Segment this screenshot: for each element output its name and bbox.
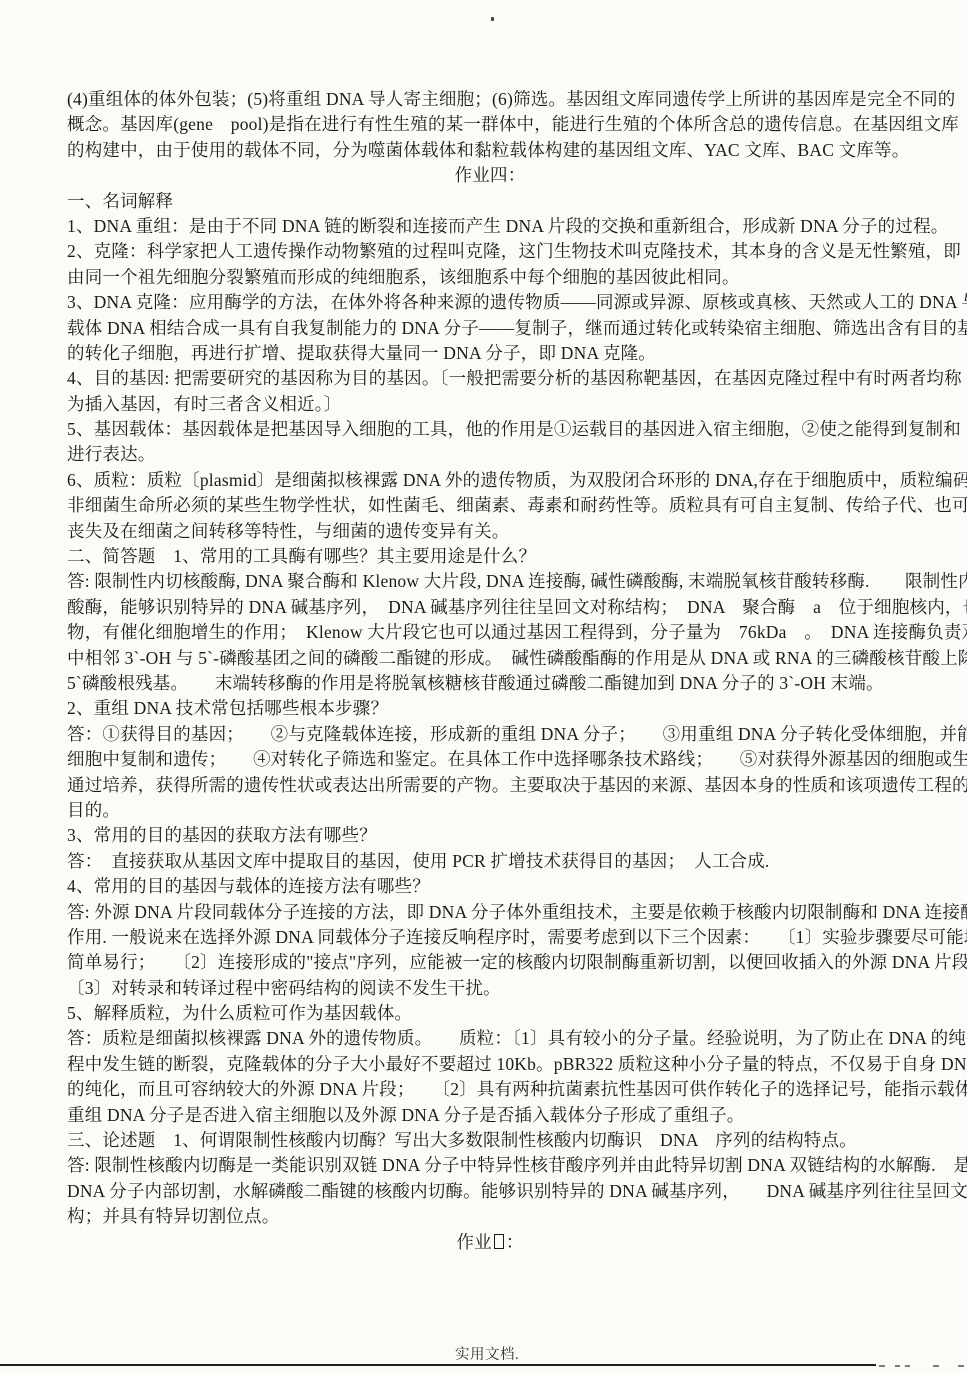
text-line: 3、DNA 克隆：应用酶学的方法，在体外将各种来源的遗传物质——同源或异源、原核… [67, 290, 967, 315]
text-line: 物，有催化细胞增生的作用； Klenow 大片段它也可以通过基因工程得到，分子量… [67, 620, 967, 645]
section-2-heading: 二、简答题 1、常用的工具酶有哪些？其主要用途是什么？ [67, 544, 967, 569]
text-line: 答：质粒是细菌拟核裸露 DNA 外的遗传物质。 质粒：〔1〕具有较小的分子量。经… [67, 1026, 967, 1051]
text-line: 的构建中，由于使用的载体不同，分为噬菌体载体和黏粒载体构建的基因组文库、YAC … [67, 138, 967, 163]
text-line: 1、DNA 重组：是由于不同 DNA 链的断裂和连接而产生 DNA 片段的交换和… [67, 214, 967, 239]
text-line: 构；并具有特异切割位点。 [67, 1204, 967, 1229]
document-body: (4)重组体的体外包装；(5)将重组 DNA 导人寄主细胞；(6)筛选。基因组文… [67, 87, 967, 1255]
text-line: DNA 分子内部切割，水解磷酸二酯键的核酸内切酶。能够识别特异的 DNA 碱基序… [67, 1179, 967, 1204]
section-3-heading: 三、论述题 1、何谓限制性核酸内切酶？写出大多数限制性核酸内切酶识 DNA 序列… [67, 1128, 967, 1153]
text-line: 丧失及在细菌之间转移等特性，与细菌的遗传变异有关。 [67, 519, 967, 544]
text-line: 答： 直接获取从基因文库中提取目的基因，使用 PCR 扩增技术获得目的基因； 人… [67, 849, 967, 874]
footer-rule-dash [895, 1365, 900, 1367]
text-line: 答: 限制性内切核酸酶, DNA 聚合酶和 Klenow 大片段, DNA 连接… [67, 569, 967, 594]
text-line: 目的。 [67, 798, 967, 823]
text-line: 5、解释质粒，为什么质粒可作为基因载体。 [67, 1001, 967, 1026]
footer-rule [0, 1364, 876, 1366]
text-line: 载体 DNA 相结合成一具有自我复制能力的 DNA 分子——复制子，继而通过转化… [67, 316, 967, 341]
text-line: 概念。基因库(gene pool)是指在进行有性生殖的某一群体中，能进行生殖的个… [67, 112, 967, 137]
footer-rule-dash [933, 1365, 939, 1367]
text-line: 细胞中复制和遗传； ④对转化子筛选和鉴定。在具体工作中选择哪条技术路线； ⑤对获… [67, 747, 967, 772]
stray-mark [491, 17, 494, 21]
text-line: 非细菌生命所必须的某些生物学性状，如性菌毛、细菌素、毒素和耐药性等。质粒具有可自… [67, 493, 967, 518]
text-line: 重组 DNA 分子是否进入宿主细胞以及外源 DNA 分子是否插入载体分子形成了重… [67, 1103, 967, 1128]
text-line: 的纯化，而且可容纳较大的外源 DNA 片段； 〔2〕具有两种抗菌素抗性基因可供作… [67, 1077, 967, 1102]
footer-rule-dash [905, 1365, 910, 1367]
text-line: 2、重组 DNA 技术常包括哪些根本步骤？ [67, 696, 967, 721]
footer-label: 实用文档. [455, 1343, 519, 1364]
text-line: 5`磷酸根残基。 末端转移酶的作用是将脱氧核糖核苷酸通过磷酸二酯键加到 DNA … [67, 671, 967, 696]
text-line: 的转化子细胞，再进行扩增、提取获得大量同一 DNA 分子，即 DNA 克隆。 [67, 341, 967, 366]
text-line: 4、目的基因: 把需要研究的基因称为目的基因。〔一般把需要分析的基因称靶基因，在… [67, 366, 967, 391]
text-line: 通过培养，获得所需的遗传性状或表达出所需要的产物。主要取决于基因的来源、基因本身… [67, 773, 967, 798]
text-line: 6、质粒：质粒〔plasmid〕是细菌拟核裸露 DNA 外的遗传物质，为双股闭合… [67, 468, 967, 493]
text-line: 〔3〕对转录和转译过程中密码结构的阅读不发生干扰。 [67, 976, 967, 1001]
text-line: 答: 限制性核酸内切酶是一类能识别双链 DNA 分子中特异性核苷酸序列并由此特异… [67, 1153, 967, 1178]
text-line: 作用. 一般说来在选择外源 DNA 同载体分子连接反响程序时，需要考虑到以下三个… [67, 925, 967, 950]
homework-4-heading: 作业四： [67, 163, 913, 188]
footer-rule-dash [958, 1365, 964, 1367]
document-page: { "page": { "background_color": "#fbfbf8… [0, 0, 967, 1373]
missing-glyph-box [494, 1234, 504, 1249]
footer-rule-dash [879, 1365, 885, 1367]
text-line: 答: 外源 DNA 片段同载体分子连接的方法，即 DNA 分子体外重组技术，主要… [67, 900, 967, 925]
text-line: 2、克隆：科学家把人工遗传操作动物繁殖的过程叫克隆，这门生物技术叫克隆技术，其本… [67, 239, 967, 264]
text-line: (4)重组体的体外包装；(5)将重组 DNA 导人寄主细胞；(6)筛选。基因组文… [67, 87, 967, 112]
heading-text: 作业 [456, 1232, 491, 1252]
text-line: 中相邻 3`-OH 与 5`-磷酸基团之间的磷酸二酯键的形成。 碱性磷酸酯酶的作… [67, 646, 967, 671]
heading-colon: ： [506, 1232, 524, 1252]
text-line: 为插入基因，有时三者含义相近。〕 [67, 392, 967, 417]
text-line: 酸酶，能够识别特异的 DNA 碱基序列， DNA 碱基序列往往呈回文对称结构； … [67, 595, 967, 620]
section-1-heading: 一、名词解释 [67, 189, 967, 214]
text-line: 3、常用的目的基因的获取方法有哪些？ [67, 823, 967, 848]
text-line: 程中发生链的断裂，克隆载体的分子大小最好不要超过 10Kb。pBR322 质粒这… [67, 1052, 967, 1077]
text-line: 进行表达。 [67, 442, 967, 467]
text-line: 4、常用的目的基因与载体的连接方法有哪些？ [67, 874, 967, 899]
text-line: 答：①获得目的基因； ②与克隆载体连接，形成新的重组 DNA 分子； ③用重组 … [67, 722, 967, 747]
text-line: 简单易行； 〔2〕连接形成的"接点"序列，应能被一定的核酸内切限制酶重新切割，以… [67, 950, 967, 975]
text-line: 5、基因载体：基因载体是把基因导入细胞的工具，他的作用是①运载目的基因进入宿主细… [67, 417, 967, 442]
homework-5-heading: 作业： [67, 1230, 913, 1255]
text-line: 由同一个祖先细胞分裂繁殖而形成的纯细胞系，该细胞系中每个细胞的基因彼此相同。 [67, 265, 967, 290]
